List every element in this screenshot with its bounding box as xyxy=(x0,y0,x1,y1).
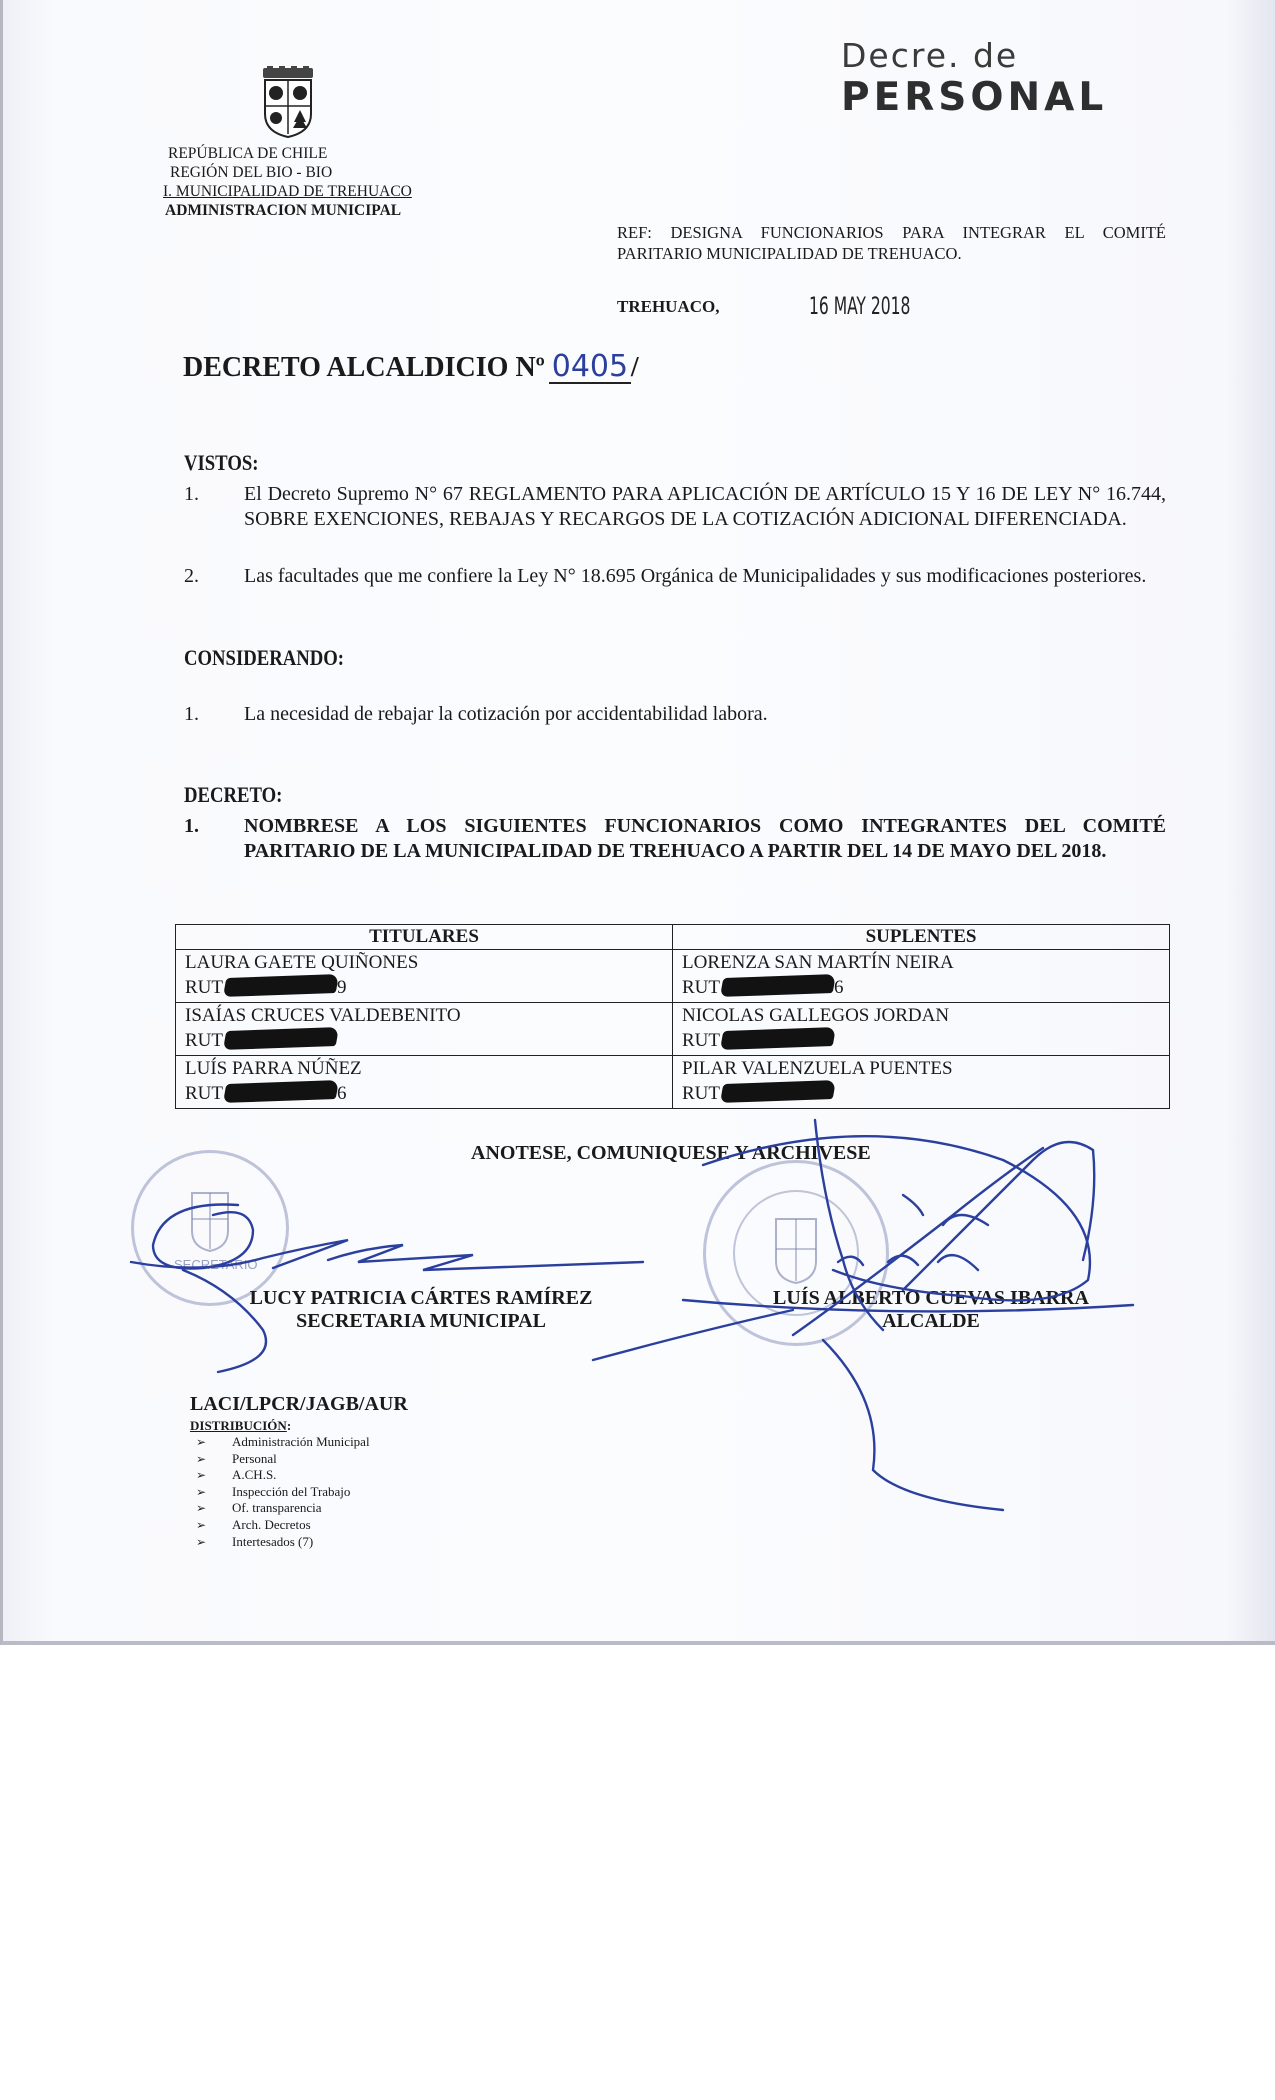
distribution-item: ➢Arch. Decretos xyxy=(196,1517,370,1534)
suplente-cell: NICOLAS GALLEGOS JORDANRUT xyxy=(673,1003,1170,1056)
signer-name: LUÍS ALBERTO CUEVAS IBARRA xyxy=(731,1287,1131,1310)
column-header-titulares: TITULARES xyxy=(176,925,673,950)
header-country: REPÚBLICA DE CHILE xyxy=(168,144,327,163)
signer-role: ALCALDE xyxy=(731,1310,1131,1333)
item-number: 1. xyxy=(184,482,199,507)
distribution-list: ➢Administración Municipal➢Personal➢A.CH.… xyxy=(196,1434,370,1550)
table-row: LAURA GAETE QUIÑONESRUT9LORENZA SAN MART… xyxy=(176,950,1170,1003)
decree-suffix: / xyxy=(631,352,639,383)
table-row: LUÍS PARRA NÚÑEZRUT6PILAR VALENZUELA PUE… xyxy=(176,1056,1170,1109)
member-rut: RUT xyxy=(185,1028,663,1053)
titular-cell: LAURA GAETE QUIÑONESRUT9 xyxy=(176,950,673,1003)
arrowhead-bullet-icon: ➢ xyxy=(196,1434,206,1451)
signature-block-mayor: LUÍS ALBERTO CUEVAS IBARRA ALCALDE xyxy=(731,1287,1131,1333)
member-name: NICOLAS GALLEGOS JORDAN xyxy=(682,1003,1160,1028)
decreto-item: 1. NOMBRESE A LOS SIGUIENTES FUNCIONARIO… xyxy=(184,814,1166,864)
considerando-item: 1. La necesidad de rebajar la cotización… xyxy=(184,702,1166,727)
rut-label: RUT xyxy=(185,977,223,998)
redaction-mark xyxy=(720,1027,836,1050)
vistos-item: 2. Las facultades que me confiere la Ley… xyxy=(184,564,1166,589)
rut-visible-digits: 9 xyxy=(337,977,347,998)
item-text: La necesidad de rebajar la cotización po… xyxy=(244,702,1166,727)
rut-label: RUT xyxy=(682,1083,720,1104)
item-number: 1. xyxy=(184,814,199,839)
item-text: Las facultades que me confiere la Ley N°… xyxy=(244,564,1166,589)
arrowhead-bullet-icon: ➢ xyxy=(196,1484,206,1501)
distribution-item-label: A.CH.S. xyxy=(232,1467,276,1482)
distribution-item-label: Inspección del Trabajo xyxy=(232,1484,350,1499)
distribution-item-label: Of. transparencia xyxy=(232,1500,322,1515)
member-rut: RUT9 xyxy=(185,975,663,1000)
initials-line: LACI/LPCR/JAGB/AUR xyxy=(190,1393,408,1416)
svg-text:SECRETARIO: SECRETARIO xyxy=(174,1257,258,1272)
reference-text: REF: DESIGNA FUNCIONARIOS PARA INTEGRAR … xyxy=(617,222,1166,264)
distribution-item-label: Arch. Decretos xyxy=(232,1517,311,1532)
secretary-seal: SECRETARIO xyxy=(131,1150,289,1306)
date-stamp: 16 MAY 2018 xyxy=(809,292,910,320)
seal-crest-icon: SECRETARIO xyxy=(134,1153,286,1303)
header-department: ADMINISTRACION MUNICIPAL xyxy=(165,201,401,220)
member-rut: RUT xyxy=(682,1028,1160,1053)
arrowhead-bullet-icon: ➢ xyxy=(196,1451,206,1468)
suplente-cell: LORENZA SAN MARTÍN NEIRARUT6 xyxy=(673,950,1170,1003)
rut-label: RUT xyxy=(185,1030,223,1051)
member-rut: RUT6 xyxy=(185,1081,663,1106)
vistos-item: 1. El Decreto Supremo N° 67 REGLAMENTO P… xyxy=(184,482,1166,532)
distribution-item-label: Intertesados (7) xyxy=(232,1534,313,1549)
item-text: El Decreto Supremo N° 67 REGLAMENTO PARA… xyxy=(244,482,1166,532)
decree-heading: DECRETO ALCALDICIO Nº0405/ xyxy=(183,352,639,384)
member-name: LUÍS PARRA NÚÑEZ xyxy=(185,1056,663,1081)
column-header-suplentes: SUPLENTES xyxy=(673,925,1170,950)
distribution-item: ➢Intertesados (7) xyxy=(196,1534,370,1551)
titular-cell: LUÍS PARRA NÚÑEZRUT6 xyxy=(176,1056,673,1109)
arrowhead-bullet-icon: ➢ xyxy=(196,1534,206,1551)
place-label: TREHUACO, xyxy=(617,297,719,317)
distribution-item: ➢Administración Municipal xyxy=(196,1434,370,1451)
distribution-heading: DISTRIBUCIÓN: xyxy=(190,1418,291,1434)
table-row: ISAÍAS CRUCES VALDEBENITORUTNICOLAS GALL… xyxy=(176,1003,1170,1056)
vistos-heading: VISTOS: xyxy=(184,450,258,476)
decree-title: DECRETO ALCALDICIO Nº xyxy=(183,352,545,383)
arrowhead-bullet-icon: ➢ xyxy=(196,1517,206,1534)
coat-of-arms-icon xyxy=(255,66,321,138)
rut-label: RUT xyxy=(682,1030,720,1051)
rut-visible-digits: 6 xyxy=(834,977,844,998)
member-rut: RUT6 xyxy=(682,975,1160,1000)
item-number: 2. xyxy=(184,564,199,589)
committee-members-table: TITULARES SUPLENTES LAURA GAETE QUIÑONES… xyxy=(175,924,1170,1109)
redaction-mark xyxy=(720,974,836,997)
considerando-heading: CONSIDERANDO: xyxy=(184,645,344,671)
member-name: PILAR VALENZUELA PUENTES xyxy=(682,1056,1160,1081)
decree-number-handwritten: 0405 xyxy=(549,352,631,384)
distribution-item-label: Administración Municipal xyxy=(232,1434,370,1449)
rut-visible-digits: 6 xyxy=(337,1083,347,1104)
arrowhead-bullet-icon: ➢ xyxy=(196,1467,206,1484)
rut-label: RUT xyxy=(682,977,720,998)
signature-block-secretary: LUCY PATRICIA CÁRTES RAMÍREZ SECRETARIA … xyxy=(231,1287,611,1333)
distribution-item-label: Personal xyxy=(232,1451,277,1466)
redaction-mark xyxy=(720,1080,836,1103)
distribution-item: ➢Inspección del Trabajo xyxy=(196,1484,370,1501)
redaction-mark xyxy=(223,1080,339,1103)
scanned-document-page: REPÚBLICA DE CHILE REGIÓN DEL BIO - BIO … xyxy=(0,0,1275,1645)
distribution-item: ➢Personal xyxy=(196,1451,370,1468)
distribution-item: ➢A.CH.S. xyxy=(196,1467,370,1484)
stamp-decre-de: Decre. de xyxy=(841,36,1018,75)
member-name: LORENZA SAN MARTÍN NEIRA xyxy=(682,950,1160,975)
distribution-title: DISTRIBUCIÓN xyxy=(190,1418,287,1433)
member-name: LAURA GAETE QUIÑONES xyxy=(185,950,663,975)
distribution-item: ➢Of. transparencia xyxy=(196,1500,370,1517)
decreto-heading: DECRETO: xyxy=(184,782,282,808)
distribution-colon: : xyxy=(287,1418,291,1434)
header-municipality: I. MUNICIPALIDAD DE TREHUACO xyxy=(163,182,412,201)
item-number: 1. xyxy=(184,702,199,727)
signer-name: LUCY PATRICIA CÁRTES RAMÍREZ xyxy=(231,1287,611,1310)
redaction-mark xyxy=(223,974,339,997)
suplente-cell: PILAR VALENZUELA PUENTESRUT xyxy=(673,1056,1170,1109)
member-rut: RUT xyxy=(682,1081,1160,1106)
header-region: REGIÓN DEL BIO - BIO xyxy=(170,163,332,182)
rut-label: RUT xyxy=(185,1083,223,1104)
arrowhead-bullet-icon: ➢ xyxy=(196,1500,206,1517)
stamp-personal: PERSONAL xyxy=(841,75,1107,120)
signer-role: SECRETARIA MUNICIPAL xyxy=(231,1310,611,1333)
item-text: NOMBRESE A LOS SIGUIENTES FUNCIONARIOS C… xyxy=(244,814,1166,864)
redaction-mark xyxy=(223,1027,339,1050)
member-name: ISAÍAS CRUCES VALDEBENITO xyxy=(185,1003,663,1028)
titular-cell: ISAÍAS CRUCES VALDEBENITORUT xyxy=(176,1003,673,1056)
